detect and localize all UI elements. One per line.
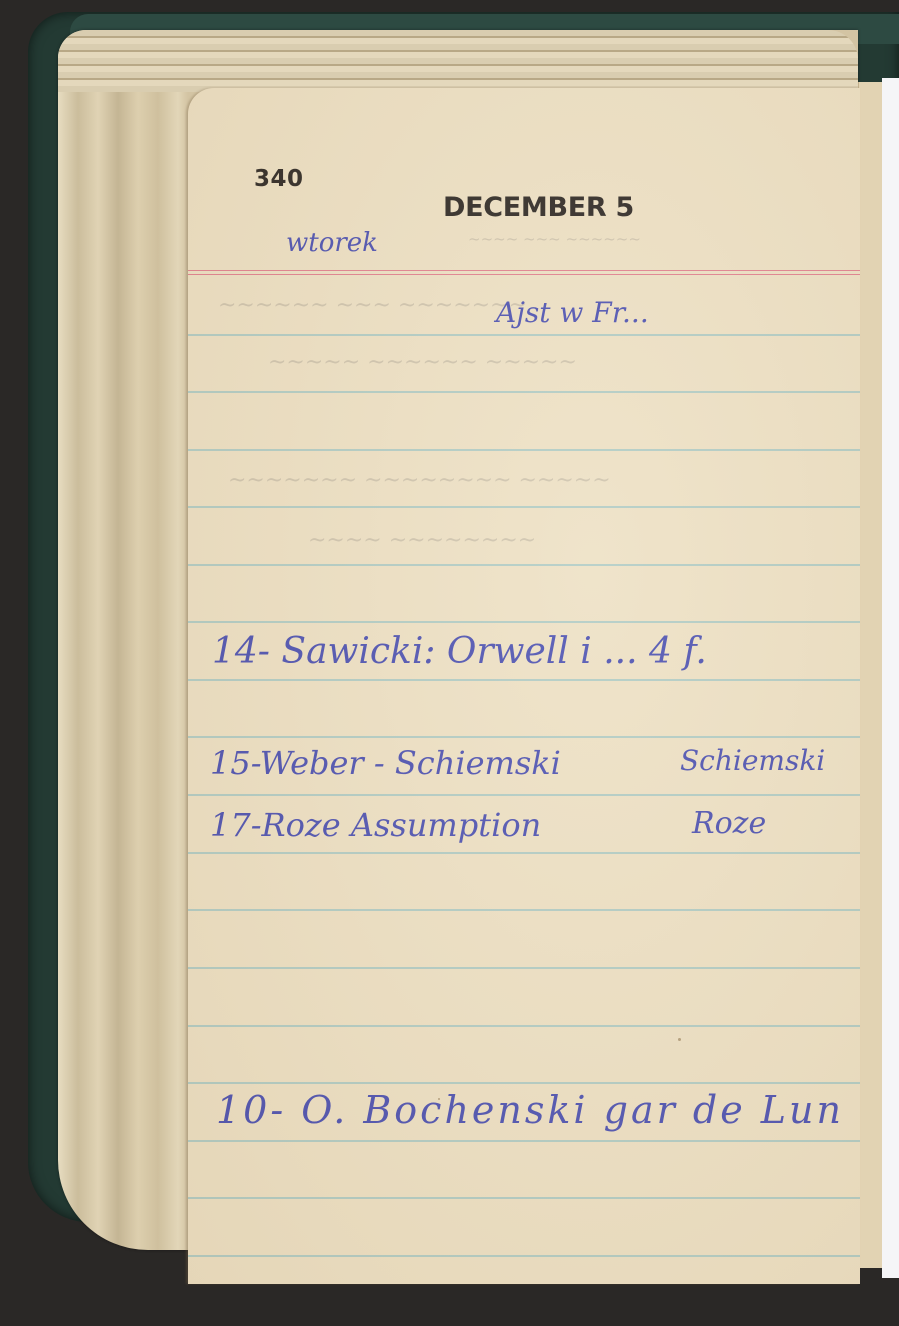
ruled-line: [188, 1082, 860, 1084]
diary-page: 340 DECEMBER 5 ~~~~ ~~~ ~~~~~~ ~~~~~~ ~~…: [188, 88, 860, 1284]
ruled-line: [188, 1255, 860, 1257]
date-heading: DECEMBER 5: [443, 192, 634, 223]
ruled-line: [188, 1197, 860, 1199]
page-number: 340: [254, 166, 304, 192]
handwritten-entry-right: Roze: [692, 806, 766, 841]
ruled-line: [188, 506, 860, 508]
red-margin-rule: [188, 270, 860, 271]
opposite-page-edge: [858, 82, 883, 1268]
ruled-line: [188, 391, 860, 393]
page-stack-top-edge: [58, 30, 858, 92]
ruled-line: [188, 334, 860, 336]
ruled-line: [188, 967, 860, 969]
bleed-through-text: ~~~~~~ ~~~ ~~~~~~~: [218, 293, 527, 318]
ruled-line: [188, 564, 860, 566]
handwritten-entry: 10- O. Bochenski gar de Lun: [216, 1088, 844, 1132]
ruled-line: [188, 1025, 860, 1027]
ruled-line: [188, 852, 860, 854]
handwritten-entry: 15-Weber - Schiemski: [210, 744, 561, 782]
ruled-line: [188, 1140, 860, 1142]
handwritten-entry: 14- Sawicki: Orwell i ... 4 f.: [212, 631, 707, 672]
ruled-line: [188, 449, 860, 451]
paper-speck: [438, 1098, 440, 1100]
ruled-line: [188, 909, 860, 911]
paper-speck: [678, 1038, 681, 1041]
bleed-through-text: ~~~~ ~~~~~~~~: [308, 528, 536, 553]
bleed-through-text: ~~~~~~~ ~~~~~~~~ ~~~~~: [228, 468, 611, 493]
handwritten-weekday: wtorek: [286, 228, 378, 258]
handwritten-note: Ajst w Fr...: [496, 296, 649, 329]
handwritten-entry: 17-Roze Assumption: [210, 806, 541, 844]
handwritten-entry-right: Schiemski: [680, 744, 825, 777]
scan-background-edge: [882, 78, 899, 1278]
ruled-line: [188, 679, 860, 681]
ruled-line: [188, 736, 860, 738]
bleed-through-text: ~~~~ ~~~ ~~~~~~: [468, 230, 641, 248]
red-margin-rule: [188, 274, 860, 275]
bleed-through-text: ~~~~~ ~~~~~~ ~~~~~: [268, 350, 577, 375]
ruled-line: [188, 621, 860, 623]
ruled-line: [188, 794, 860, 796]
